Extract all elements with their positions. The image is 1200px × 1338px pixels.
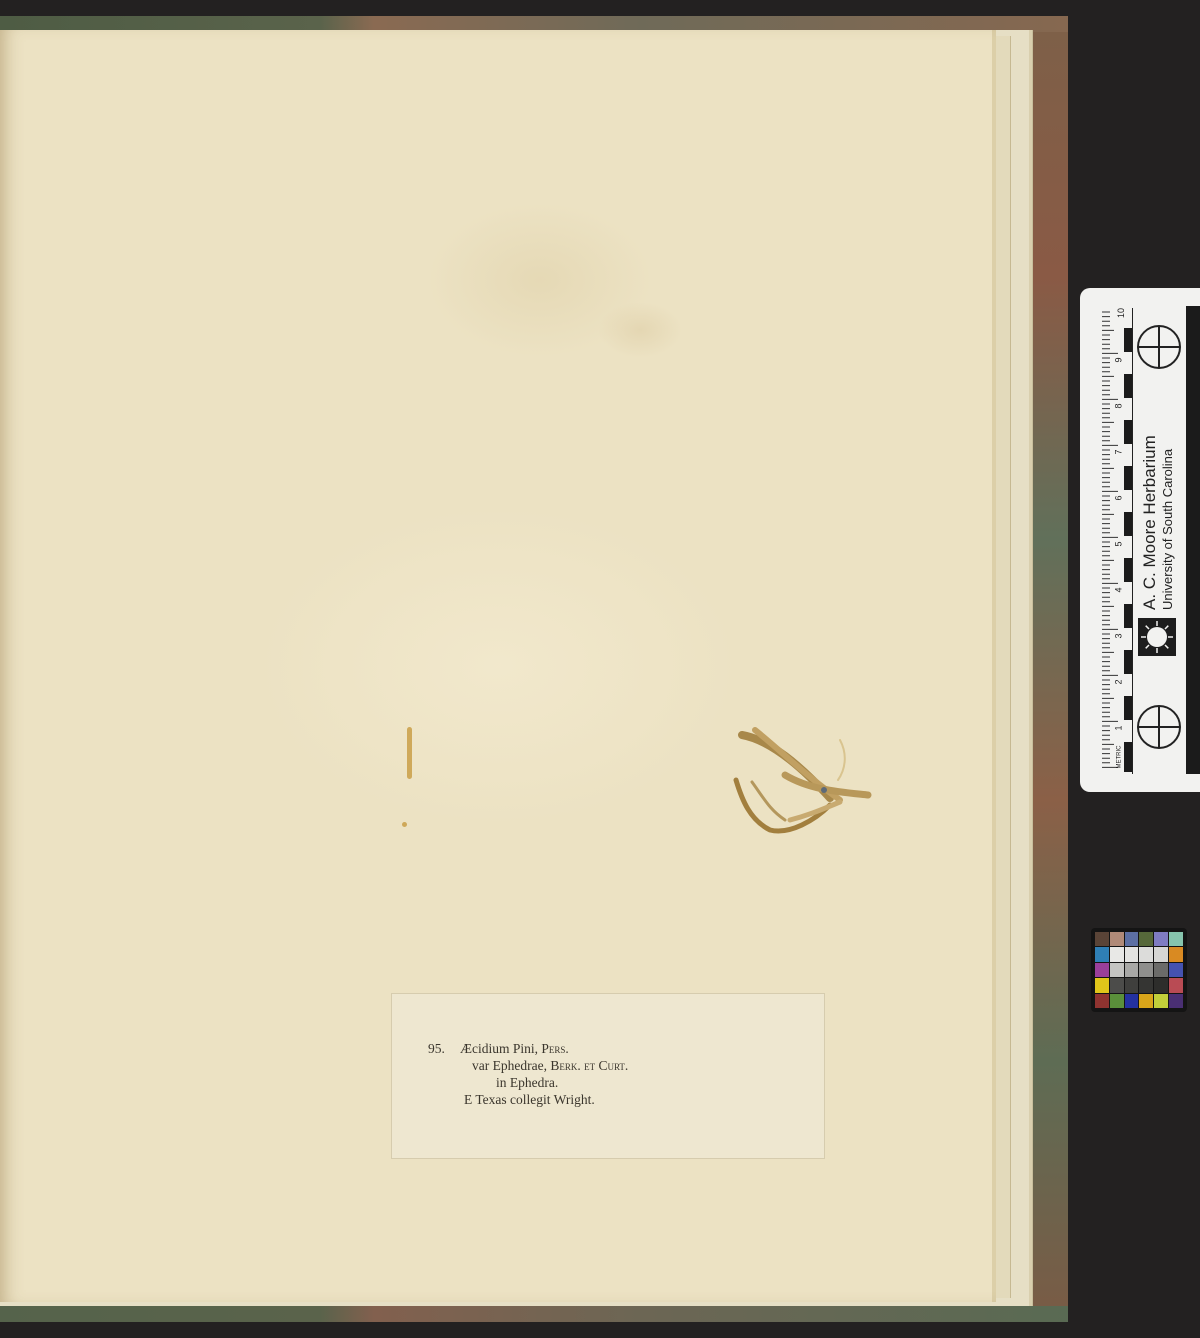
color-swatch	[1139, 994, 1153, 1008]
color-swatch	[1095, 947, 1109, 961]
specimen-label: 95.Æcidium Pini, Pers. var Ephedrae, Ber…	[392, 994, 824, 1158]
color-swatch	[1139, 947, 1153, 961]
tick-label: 3	[1114, 633, 1124, 638]
color-swatch	[1125, 963, 1139, 977]
color-swatch	[1125, 947, 1139, 961]
color-swatch	[1169, 947, 1183, 961]
color-swatch	[1125, 932, 1139, 946]
scale-bar-edge	[1186, 306, 1200, 774]
color-swatch	[1154, 963, 1168, 977]
scale-bar-text: A. C. Moore Herbarium University of Sout…	[1140, 360, 1176, 610]
host-plant: in Ephedra.	[496, 1075, 558, 1090]
book-cover-bottom-edge	[0, 1306, 1068, 1322]
color-swatch	[1169, 932, 1183, 946]
label-line-2: var Ephedrae, Berk. et Curt.	[428, 1057, 628, 1074]
color-swatch	[1154, 978, 1168, 992]
color-swatch	[1095, 978, 1109, 992]
tick-label: 10	[1116, 308, 1126, 318]
color-swatch	[1139, 978, 1153, 992]
tick-label: 2	[1114, 679, 1124, 684]
ruler-labels: 10 9 8 7 6 5 4 3 2 1 METRIC	[1116, 308, 1126, 774]
color-swatch	[1169, 994, 1183, 1008]
collection-locality: E Texas collegit Wright.	[464, 1092, 595, 1107]
tick-label: 1	[1114, 725, 1124, 730]
color-swatch	[1169, 978, 1183, 992]
color-swatch	[1125, 994, 1139, 1008]
color-swatch	[1154, 947, 1168, 961]
tick-label: 9	[1114, 357, 1124, 362]
tick-label: 8	[1114, 403, 1124, 408]
color-swatch	[1095, 932, 1109, 946]
color-calibration-chart	[1091, 928, 1187, 1012]
color-swatch	[1095, 994, 1109, 1008]
herbarium-scale-bar: 10 9 8 7 6 5 4 3 2 1 METRIC A. C. Moore …	[1080, 288, 1200, 792]
stain-dot	[402, 822, 407, 827]
label-line-3: in Ephedra.	[428, 1074, 628, 1091]
herbarium-name: A. C. Moore Herbarium	[1140, 360, 1160, 610]
taxon-name: Æcidium Pini,	[460, 1041, 541, 1056]
color-swatch	[1110, 932, 1124, 946]
crosshair-icon	[1136, 704, 1182, 750]
color-swatch	[1154, 994, 1168, 1008]
specimen-fragment	[730, 720, 880, 840]
color-swatch	[1110, 978, 1124, 992]
color-swatch	[1110, 994, 1124, 1008]
label-line-4: E Texas collegit Wright.	[428, 1091, 628, 1108]
university-name: University of South Carolina	[1160, 360, 1176, 610]
tick-label: 6	[1114, 495, 1124, 500]
tick-label: 4	[1114, 587, 1124, 592]
color-swatch	[1095, 963, 1109, 977]
tick-label: 7	[1114, 449, 1124, 454]
color-swatch	[1139, 963, 1153, 977]
specimen-number: 95.	[428, 1040, 460, 1057]
variety-name: var Ephedrae,	[472, 1058, 550, 1073]
tick-label: 5	[1114, 541, 1124, 546]
color-swatch	[1110, 947, 1124, 961]
metric-label: METRIC	[1117, 746, 1123, 769]
taxon-author: Pers.	[541, 1041, 568, 1056]
sun-logo-icon	[1138, 618, 1176, 656]
color-swatch	[1125, 978, 1139, 992]
color-swatch	[1154, 932, 1168, 946]
color-swatch	[1139, 932, 1153, 946]
label-line-1: 95.Æcidium Pini, Pers.	[428, 1040, 628, 1057]
color-swatch	[1110, 963, 1124, 977]
color-swatch	[1169, 963, 1183, 977]
stain-mark	[407, 727, 412, 779]
variety-author: Berk. et Curt.	[550, 1058, 628, 1073]
